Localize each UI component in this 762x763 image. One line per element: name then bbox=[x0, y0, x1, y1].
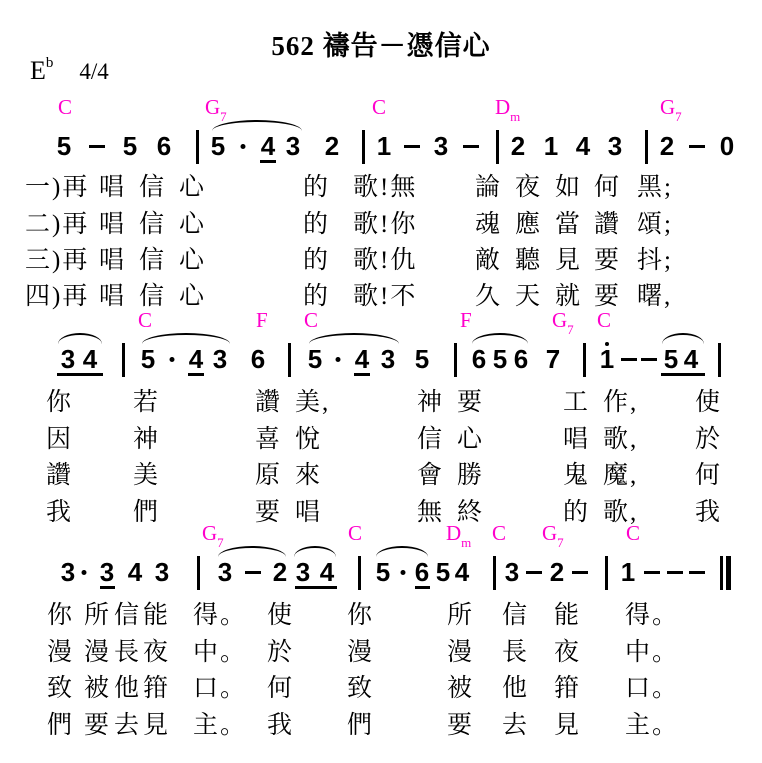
lyric-token: 勝 bbox=[457, 462, 484, 490]
lyric-token: 箝 bbox=[554, 675, 581, 703]
lyric-token: 作, bbox=[603, 389, 638, 417]
duration-dash bbox=[667, 571, 683, 574]
note-digit: 3 bbox=[100, 558, 114, 586]
note-digit: 1 bbox=[600, 345, 614, 373]
barline bbox=[493, 556, 496, 590]
duration-dash bbox=[404, 145, 420, 148]
augmentation-dot bbox=[82, 570, 87, 575]
chord-label: C bbox=[304, 309, 318, 331]
lyric-token: 漫 bbox=[347, 639, 374, 667]
note-digit: 4 bbox=[261, 132, 275, 160]
lyric-token: 箝 bbox=[143, 675, 170, 703]
note-digit: 6 bbox=[472, 345, 486, 373]
note-digit: 3 bbox=[608, 132, 622, 160]
duration-dash bbox=[245, 571, 261, 574]
lyric-token: 鬼 bbox=[563, 462, 590, 490]
duration-dash bbox=[89, 145, 105, 148]
lyric-token: 所 bbox=[447, 602, 474, 630]
duration-dash bbox=[621, 358, 637, 361]
chord-label: F bbox=[460, 309, 472, 331]
beam-underline bbox=[260, 160, 276, 163]
chord-label: C bbox=[492, 522, 506, 544]
lyric-token: 心 bbox=[457, 426, 484, 454]
hymn-title: 562 禱告－憑信心 bbox=[0, 24, 762, 63]
lyric-token: 要 bbox=[457, 389, 484, 417]
lyric-token: 二)再 bbox=[25, 211, 89, 239]
note-digit: 0 bbox=[720, 132, 734, 160]
lyric-token: 去 bbox=[114, 712, 141, 740]
lyric-token: 見 bbox=[554, 712, 581, 740]
note-digit: 4 bbox=[128, 558, 142, 586]
chord-label: C bbox=[626, 522, 640, 544]
slur bbox=[142, 333, 230, 344]
lyric-token: 信 bbox=[139, 174, 166, 202]
duration-dash bbox=[463, 145, 479, 148]
lyric-token: 讚 bbox=[255, 389, 282, 417]
note-digit: 5 bbox=[493, 345, 507, 373]
lyric-token: 原 bbox=[255, 462, 282, 490]
lyric-token: 信 bbox=[417, 426, 444, 454]
chord-label: G7 bbox=[205, 96, 227, 126]
lyric-token: 會 bbox=[417, 462, 444, 490]
slur bbox=[309, 333, 399, 344]
lyric-token: 久 bbox=[475, 283, 502, 311]
note-digit: 5 bbox=[664, 345, 678, 373]
lyric-token: 工 bbox=[563, 389, 590, 417]
chord-label: Dm bbox=[446, 522, 471, 552]
final-barline-thick bbox=[726, 556, 731, 590]
note-digit: 4 bbox=[355, 345, 369, 373]
lyric-token: 你 bbox=[47, 602, 74, 630]
lyric-token: 的 bbox=[303, 211, 330, 239]
lyric-token: 所 bbox=[84, 602, 111, 630]
lyric-token: 見 bbox=[555, 247, 582, 275]
note-digit: 7 bbox=[546, 345, 560, 373]
note-digit: 4 bbox=[83, 345, 97, 373]
barline bbox=[358, 556, 361, 590]
lyric-token: 口。 bbox=[193, 675, 247, 703]
note-digit: 3 bbox=[286, 132, 300, 160]
note-digit: 5 bbox=[211, 132, 225, 160]
lyric-token: 夜 bbox=[143, 639, 170, 667]
lyric-token: 來 bbox=[295, 462, 322, 490]
lyric-token: 如 bbox=[555, 174, 582, 202]
lyric-token: 信 bbox=[139, 211, 166, 239]
octave-dot bbox=[605, 342, 609, 346]
note-digit: 3 bbox=[213, 345, 227, 373]
lyric-token: 曙, bbox=[637, 283, 672, 311]
slur bbox=[218, 546, 286, 557]
lyric-token: 們 bbox=[133, 499, 160, 527]
lyric-token: 被 bbox=[447, 675, 474, 703]
lyric-token: 你 bbox=[46, 389, 73, 417]
lyric-token: 唱 bbox=[99, 211, 126, 239]
barline bbox=[362, 130, 365, 164]
note-digit: 6 bbox=[251, 345, 265, 373]
beam-underline bbox=[661, 373, 705, 376]
slur bbox=[662, 333, 704, 344]
lyric-token: 我 bbox=[695, 499, 722, 527]
chord-label: C bbox=[138, 309, 152, 331]
lyric-token: 四)再 bbox=[25, 283, 89, 311]
lyric-token: 見 bbox=[143, 712, 170, 740]
lyric-token: 你 bbox=[347, 602, 374, 630]
lyric-token: 魔, bbox=[603, 462, 638, 490]
note-digit: 1 bbox=[621, 558, 635, 586]
duration-dash bbox=[689, 145, 705, 148]
lyric-token: 我 bbox=[46, 499, 73, 527]
lyric-token: 黑; bbox=[637, 174, 673, 202]
lyric-token: 中。 bbox=[193, 639, 247, 667]
lyric-token: 要 bbox=[255, 499, 282, 527]
lyric-token: 的 bbox=[303, 283, 330, 311]
lyric-token: 三)再 bbox=[25, 247, 89, 275]
lyric-token: 天 bbox=[515, 283, 542, 311]
chord-label: C bbox=[58, 96, 72, 118]
barline bbox=[605, 556, 608, 590]
note-digit: 5 bbox=[57, 132, 71, 160]
lyric-token: 得。 bbox=[193, 602, 247, 630]
lyric-token: 抖; bbox=[637, 247, 673, 275]
key-note: E bbox=[30, 56, 46, 85]
slur bbox=[376, 546, 428, 557]
lyric-token: 心 bbox=[179, 211, 206, 239]
duration-dash bbox=[526, 571, 542, 574]
barline bbox=[288, 343, 291, 377]
barline bbox=[496, 130, 499, 164]
lyric-token: 信 bbox=[502, 602, 529, 630]
note-digit: 2 bbox=[550, 558, 564, 586]
lyric-token: 去 bbox=[502, 712, 529, 740]
note-digit: 5 bbox=[308, 345, 322, 373]
lyric-token: 唱 bbox=[563, 426, 590, 454]
lyric-token: 夜 bbox=[515, 174, 542, 202]
lyric-token: 歌!無 bbox=[353, 174, 417, 202]
lyric-token: 們 bbox=[347, 712, 374, 740]
note-digit: 3 bbox=[381, 345, 395, 373]
lyric-token: 唱 bbox=[99, 174, 126, 202]
note-digit: 3 bbox=[434, 132, 448, 160]
barline bbox=[197, 556, 200, 590]
lyric-token: 信 bbox=[114, 602, 141, 630]
lyric-token: 歌!不 bbox=[353, 283, 417, 311]
lyric-token: 何 bbox=[267, 675, 294, 703]
lyric-token: 心 bbox=[179, 283, 206, 311]
chord-label: C bbox=[597, 309, 611, 331]
time-signature: 4/4 bbox=[79, 59, 108, 84]
note-digit: 2 bbox=[325, 132, 339, 160]
lyric-token: 們 bbox=[47, 712, 74, 740]
chord-label: G7 bbox=[552, 309, 574, 339]
lyric-token: 一)再 bbox=[25, 174, 89, 202]
lyric-token: 歌!你 bbox=[353, 211, 417, 239]
note-digit: 3 bbox=[296, 558, 310, 586]
note-digit: 5 bbox=[123, 132, 137, 160]
note-digit: 1 bbox=[377, 132, 391, 160]
lyric-token: 讚 bbox=[46, 462, 73, 490]
lyric-token: 的 bbox=[303, 174, 330, 202]
lyric-token: 於 bbox=[695, 426, 722, 454]
lyric-token: 長 bbox=[114, 639, 141, 667]
lyric-token: 要 bbox=[594, 283, 621, 311]
lyric-token: 漫 bbox=[84, 639, 111, 667]
chord-label: G7 bbox=[202, 522, 224, 552]
lyric-token: 歌!仇 bbox=[353, 247, 417, 275]
barline bbox=[122, 343, 125, 377]
lyric-token: 我 bbox=[267, 712, 294, 740]
lyric-token: 的 bbox=[303, 247, 330, 275]
note-digit: 4 bbox=[684, 345, 698, 373]
barline bbox=[718, 343, 721, 377]
lyric-token: 能 bbox=[554, 602, 581, 630]
chord-label: C bbox=[372, 96, 386, 118]
lyric-token: 魂 bbox=[475, 211, 502, 239]
lyric-token: 無 bbox=[417, 499, 444, 527]
augmentation-dot bbox=[401, 570, 406, 575]
lyric-token: 致 bbox=[47, 675, 74, 703]
final-barline-thin bbox=[720, 556, 723, 590]
lyric-token: 主。 bbox=[193, 712, 247, 740]
beam-underline bbox=[415, 586, 430, 589]
lyric-token: 喜 bbox=[255, 426, 282, 454]
lyric-token: 夜 bbox=[554, 639, 581, 667]
note-digit: 3 bbox=[61, 345, 75, 373]
lyric-token: 要 bbox=[84, 712, 111, 740]
note-digit: 5 bbox=[415, 345, 429, 373]
lyric-token: 何 bbox=[695, 462, 722, 490]
lyric-token: 長 bbox=[502, 639, 529, 667]
lyric-token: 唱 bbox=[99, 283, 126, 311]
note-digit: 2 bbox=[511, 132, 525, 160]
barline bbox=[583, 343, 586, 377]
lyric-token: 神 bbox=[417, 389, 444, 417]
beam-underline bbox=[354, 373, 370, 376]
lyric-token: 應 bbox=[515, 211, 542, 239]
note-digit: 4 bbox=[576, 132, 590, 160]
key-accidental-flat: b bbox=[46, 55, 54, 71]
lyric-token: 要 bbox=[447, 712, 474, 740]
note-digit: 4 bbox=[455, 558, 469, 586]
lyric-token: 致 bbox=[347, 675, 374, 703]
lyric-token: 心 bbox=[179, 247, 206, 275]
lyric-token: 神 bbox=[133, 426, 160, 454]
note-digit: 3 bbox=[155, 558, 169, 586]
augmentation-dot bbox=[336, 357, 341, 362]
lyric-token: 使 bbox=[695, 389, 722, 417]
note-digit: 1 bbox=[544, 132, 558, 160]
augmentation-dot bbox=[241, 144, 246, 149]
lyric-token: 信 bbox=[139, 283, 166, 311]
lyric-token: 中。 bbox=[625, 639, 679, 667]
lyric-token: 聽 bbox=[515, 247, 542, 275]
chord-label: G7 bbox=[542, 522, 564, 552]
barline bbox=[454, 343, 457, 377]
lyric-token: 唱 bbox=[295, 499, 322, 527]
note-digit: 5 bbox=[141, 345, 155, 373]
beam-underline bbox=[188, 373, 204, 376]
lyric-token: 歌, bbox=[603, 426, 638, 454]
lyric-token: 口。 bbox=[625, 675, 679, 703]
lyric-token: 心 bbox=[179, 174, 206, 202]
chord-label: G7 bbox=[660, 96, 682, 126]
chord-label: Dm bbox=[495, 96, 520, 126]
note-digit: 6 bbox=[157, 132, 171, 160]
slur bbox=[58, 333, 102, 344]
duration-dash bbox=[689, 571, 705, 574]
note-digit: 2 bbox=[273, 558, 287, 586]
note-digit: 4 bbox=[320, 558, 334, 586]
lyric-token: 讚 bbox=[594, 211, 621, 239]
barline bbox=[196, 130, 199, 164]
lyric-token: 因 bbox=[46, 426, 73, 454]
lyric-token: 美, bbox=[295, 389, 330, 417]
note-digit: 6 bbox=[514, 345, 528, 373]
lyric-token: 敵 bbox=[475, 247, 502, 275]
lyric-token: 頌; bbox=[637, 211, 673, 239]
beam-underline bbox=[295, 586, 337, 589]
key-signature: Eb4/4 bbox=[30, 56, 109, 86]
lyric-token: 漫 bbox=[47, 639, 74, 667]
note-digit: 3 bbox=[505, 558, 519, 586]
slur bbox=[472, 333, 528, 344]
lyric-token: 使 bbox=[267, 602, 294, 630]
lyric-token: 要 bbox=[594, 247, 621, 275]
lyric-token: 何 bbox=[594, 174, 621, 202]
lyric-token: 被 bbox=[84, 675, 111, 703]
barline bbox=[645, 130, 648, 164]
lyric-token: 他 bbox=[114, 675, 141, 703]
beam-underline bbox=[57, 373, 103, 376]
lyric-token: 悅 bbox=[295, 426, 322, 454]
lyric-token: 的 bbox=[563, 499, 590, 527]
chord-label: C bbox=[348, 522, 362, 544]
lyric-token: 就 bbox=[555, 283, 582, 311]
note-digit: 5 bbox=[376, 558, 390, 586]
lyric-token: 論 bbox=[475, 174, 502, 202]
lyric-token: 他 bbox=[502, 675, 529, 703]
note-digit: 3 bbox=[218, 558, 232, 586]
duration-dash bbox=[572, 571, 588, 574]
augmentation-dot bbox=[170, 357, 175, 362]
hymn-sheet: 562 禱告－憑信心 Eb4/4 CG7CDmG7556543213214320… bbox=[0, 0, 762, 763]
duration-dash bbox=[641, 358, 657, 361]
beam-underline bbox=[100, 586, 115, 589]
lyric-token: 於 bbox=[267, 639, 294, 667]
chord-label: F bbox=[256, 309, 268, 331]
note-digit: 5 bbox=[436, 558, 450, 586]
lyric-token: 能 bbox=[143, 602, 170, 630]
note-digit: 3 bbox=[61, 558, 75, 586]
lyric-token: 若 bbox=[133, 389, 160, 417]
lyric-token: 唱 bbox=[99, 247, 126, 275]
lyric-token: 美 bbox=[133, 462, 160, 490]
note-digit: 4 bbox=[189, 345, 203, 373]
note-digit: 2 bbox=[660, 132, 674, 160]
lyric-token: 得。 bbox=[625, 602, 679, 630]
lyric-token: 主。 bbox=[625, 712, 679, 740]
lyric-token: 漫 bbox=[447, 639, 474, 667]
note-digit: 6 bbox=[415, 558, 429, 586]
slur bbox=[294, 546, 336, 557]
duration-dash bbox=[644, 571, 660, 574]
lyric-token: 信 bbox=[139, 247, 166, 275]
lyric-token: 當 bbox=[555, 211, 582, 239]
